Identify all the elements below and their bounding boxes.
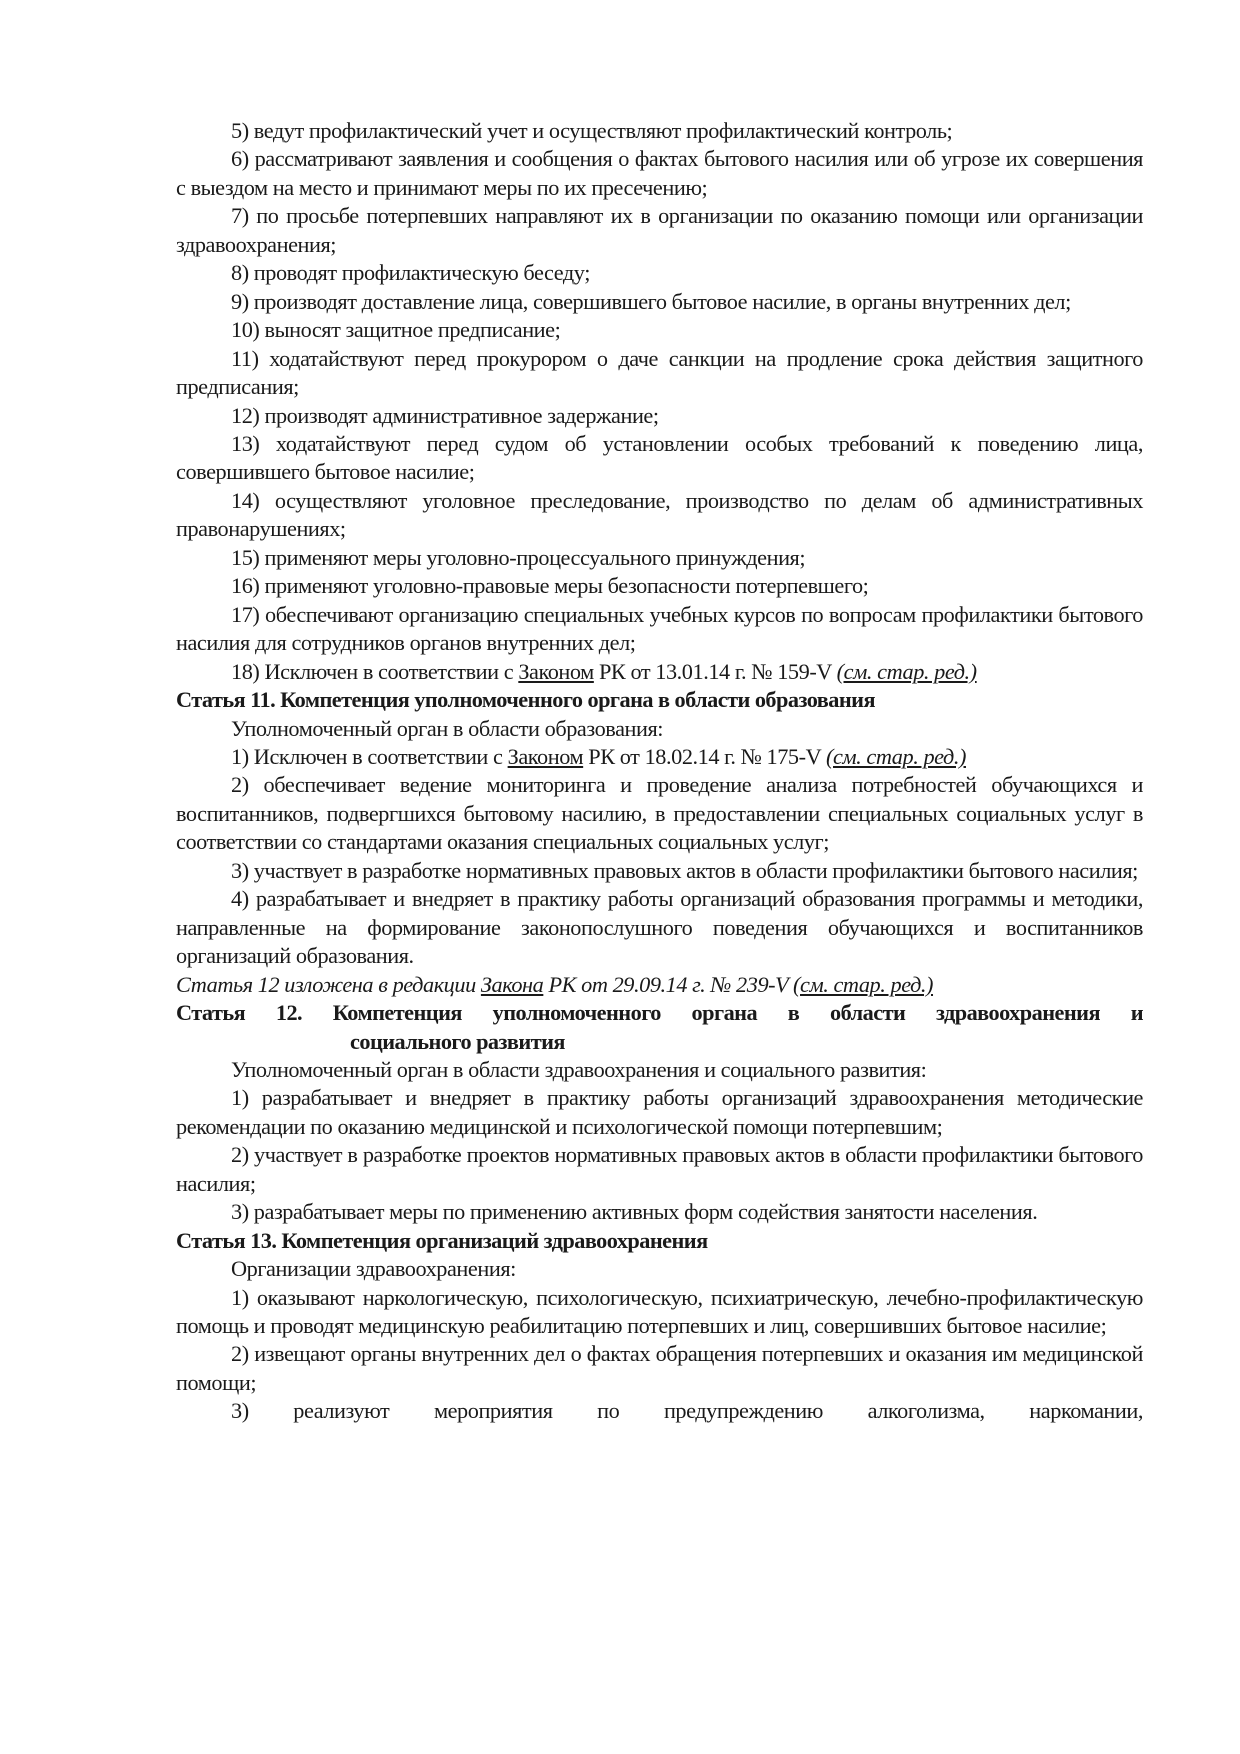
law-link[interactable]: Законом [508, 744, 584, 769]
article-12-intro: Уполномоченный орган в области здравоохр… [176, 1056, 1143, 1084]
list-item: 13) ходатайствуют перед судом об установ… [176, 430, 1143, 487]
list-item: 3) участвует в разработке нормативных пр… [176, 857, 1143, 885]
excluded-text: 18) Исключен в соответствии с [231, 659, 518, 684]
article-12-heading-line1: Статья 12. Компетенция уполномоченного о… [176, 999, 1143, 1027]
list-item: 4) разрабатывает и внедряет в практику р… [176, 885, 1143, 970]
list-item: 10) выносят защитное предписание; [176, 316, 1143, 344]
article-11-heading: Статья 11. Компетенция уполномоченного о… [176, 686, 1143, 714]
excluded-text: 1) Исключен в соответствии с [231, 744, 508, 769]
list-item: 11) ходатайствуют перед прокурором о дач… [176, 345, 1143, 402]
list-item: 8) проводят профилактическую беседу; [176, 259, 1143, 287]
list-item: 9) производят доставление лица, совершив… [176, 288, 1143, 316]
article-12-heading-line2: социального развития [176, 1028, 1143, 1056]
list-item: 2) извещают органы внутренних дел о факт… [176, 1340, 1143, 1397]
note-text: Статья 12 изложена в редакции [176, 972, 481, 997]
list-item: 5) ведут профилактический учет и осущест… [176, 117, 1143, 145]
note-text: РК от 29.09.14 г. № 239-V [543, 972, 793, 997]
old-edition-link[interactable]: (см. стар. ред.) [826, 744, 966, 769]
list-item: 16) применяют уголовно-правовые меры без… [176, 572, 1143, 600]
list-item: 1) оказывают наркологическую, психологич… [176, 1284, 1143, 1341]
list-item: 15) применяют меры уголовно-процессуальн… [176, 544, 1143, 572]
list-item: 6) рассматривают заявления и сообщения о… [176, 145, 1143, 202]
excluded-item-18: 18) Исключен в соответствии с Законом РК… [176, 658, 1143, 686]
law-link[interactable]: Законом [518, 659, 594, 684]
article-11-intro: Уполномоченный орган в области образован… [176, 715, 1143, 743]
list-item: 7) по просьбе потерпевших направляют их … [176, 202, 1143, 259]
article-12-edition-note: Статья 12 изложена в редакции Закона РК … [176, 971, 1143, 999]
list-item: 2) обеспечивает ведение мониторинга и пр… [176, 771, 1143, 856]
list-item: 3) реализуют мероприятия по предупрежден… [176, 1397, 1143, 1425]
article-13-intro: Организации здравоохранения: [176, 1255, 1143, 1283]
list-item: 2) участвует в разработке проектов норма… [176, 1141, 1143, 1198]
excluded-item-1: 1) Исключен в соответствии с Законом РК … [176, 743, 1143, 771]
list-item: 14) осуществляют уголовное преследование… [176, 487, 1143, 544]
article-13-heading: Статья 13. Компетенция организаций здрав… [176, 1227, 1143, 1255]
excluded-text: РК от 18.02.14 г. № 175-V [583, 744, 826, 769]
list-item: 17) обеспечивают организацию специальных… [176, 601, 1143, 658]
list-item: 1) разрабатывает и внедряет в практику р… [176, 1084, 1143, 1141]
list-item: 3) разрабатывает меры по применению акти… [176, 1198, 1143, 1226]
list-item: 12) производят административное задержан… [176, 402, 1143, 430]
old-edition-link[interactable]: (см. стар. ред.) [837, 659, 977, 684]
old-edition-link[interactable]: (см. стар. ред.) [793, 972, 933, 997]
article-12-heading: Статья 12. Компетенция уполномоченного о… [176, 999, 1143, 1056]
document-page: 5) ведут профилактический учет и осущест… [176, 117, 1143, 1426]
law-link[interactable]: Закона [481, 972, 543, 997]
excluded-text: РК от 13.01.14 г. № 159-V [594, 659, 837, 684]
